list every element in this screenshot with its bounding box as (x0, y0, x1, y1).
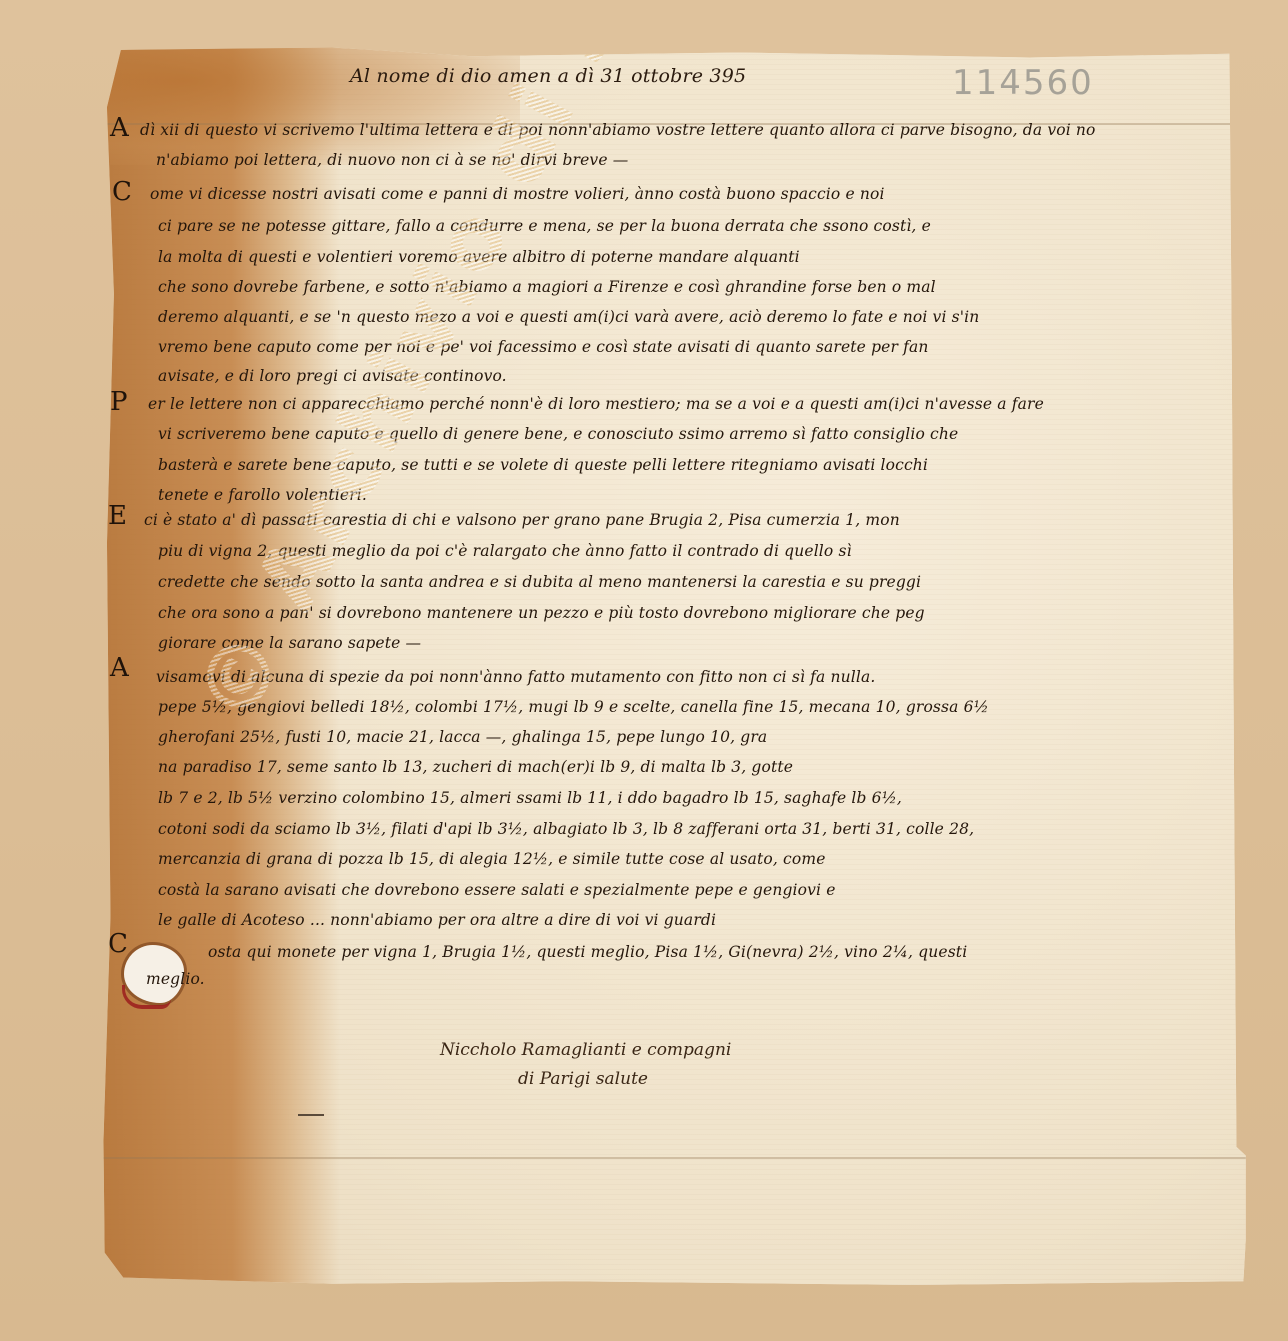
paragraph-initial: C (108, 929, 128, 959)
text-line: mercanzia di grana di pozza lb 15, di al… (158, 850, 826, 868)
paragraph-initial: A (110, 113, 129, 143)
text-line: n'abiamo poi lettera, di nuovo non ci à … (156, 151, 628, 169)
text-line: na paradiso 17, seme santo lb 13, zucher… (158, 758, 793, 776)
fold-line (100, 1157, 1262, 1159)
text-line: che ora sono a pan' si dovrebono mantene… (158, 604, 925, 622)
text-line: le galle di Acoteso ... nonn'abiamo per … (158, 911, 716, 929)
signature-line-1: Niccholo Ramaglianti e compagni (440, 1040, 731, 1060)
text-line: la molta di questi e volentieri voremo a… (158, 248, 800, 266)
text-line: meglio. (146, 970, 205, 988)
text-line: er le lettere non ci apparecchiamo perch… (148, 395, 1044, 413)
paragraph-initial: A (110, 653, 129, 683)
text-line: visamovi di alcuna di spezie da poi nonn… (156, 668, 875, 686)
text-line: gherofani 25½, fusti 10, macie 21, lacca… (158, 728, 767, 746)
text-line: piu di vigna 2, questi meglio da poi c'è… (158, 542, 852, 560)
text-line: ci pare se ne potesse gittare, fallo a c… (158, 217, 931, 235)
text-line: vremo bene caputo come per noi e pe' voi… (158, 338, 929, 356)
text-line: credette che sendo sotto la santa andrea… (158, 573, 921, 591)
text-line: osta qui monete per vigna 1, Brugia 1½, … (208, 943, 967, 961)
signature-line-2: di Parigi salute (518, 1069, 648, 1089)
archive-number: 114560 (952, 63, 1094, 103)
text-line: deremo alquanti, e se 'n questo mezo a v… (158, 308, 979, 326)
text-line: basterà e sarete bene caputo, se tutti e… (158, 456, 928, 474)
paragraph-initial: E (108, 501, 127, 531)
text-line: tenete e farollo volentieri. (158, 486, 367, 504)
text-line: ome vi dicesse nostri avisati come e pan… (150, 185, 885, 203)
manuscript-page: Al nome di dio amen a dì 31 ottobre 395 … (100, 45, 1262, 1290)
text-line: vi scriveremo bene caputo e quello di ge… (158, 425, 958, 443)
paragraph-initial: C (112, 177, 132, 207)
text-line: lb 7 e 2, lb 5½ verzino colombino 15, al… (158, 789, 902, 807)
text-line: pepe 5½, gengiovi belledi 18½, colombi 1… (158, 698, 989, 716)
text-line: ci è stato a' dì passati carestia di chi… (144, 511, 900, 529)
text-line: dì xii di questo vi scrivemo l'ultima le… (140, 121, 1096, 139)
text-line: giorare come la sarano sapete — (158, 634, 421, 652)
water-stain-top (100, 45, 520, 165)
margin-dash (298, 1114, 324, 1116)
letter-heading: Al nome di dio amen a dì 31 ottobre 395 (350, 65, 746, 87)
text-line: costà la sarano avisati che dovrebono es… (158, 881, 836, 899)
paragraph-initial: P (110, 387, 128, 417)
text-line: cotoni sodi da sciamo lb 3½, filati d'ap… (158, 820, 974, 838)
text-line: che sono dovrebe farbene, e sotto n'abia… (158, 278, 936, 296)
text-line: avisate, e di loro pregi ci avisate cont… (158, 367, 507, 385)
